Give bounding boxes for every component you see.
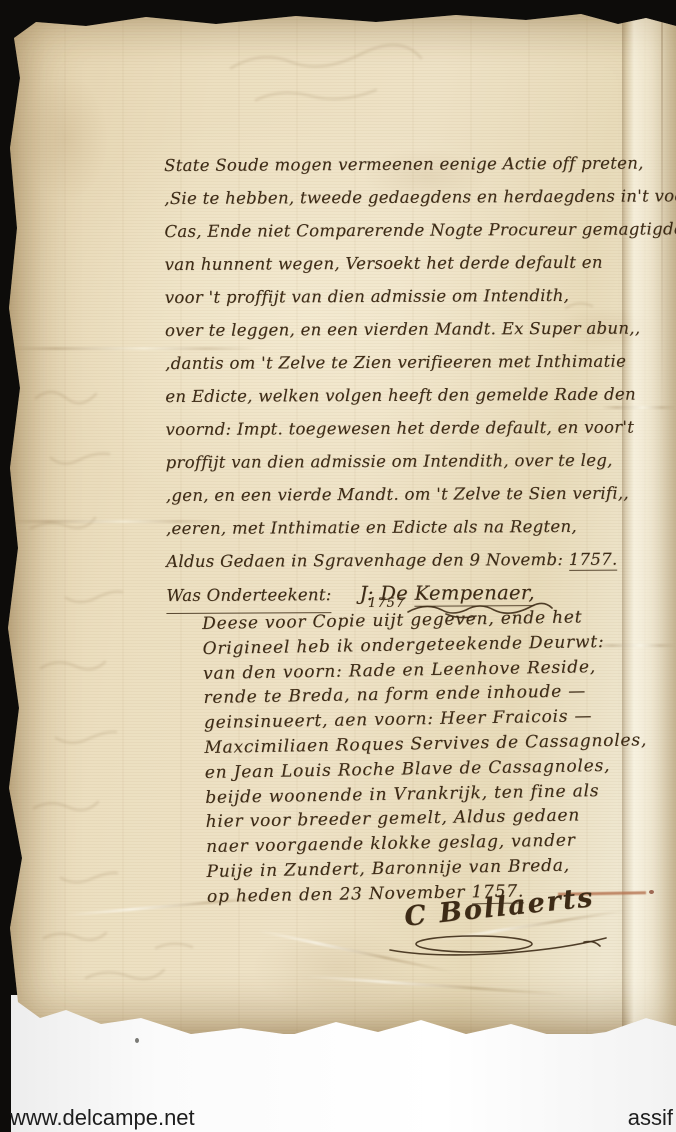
bottom-wrinkle (306, 975, 566, 996)
bottom-wrinkle (258, 929, 454, 974)
ink-speck (135, 1038, 139, 1043)
attestation-label: Was Onderteekent: (166, 578, 331, 614)
dated-line-text: Aldus Gedaen in Sgravenhage den 9 Novemb… (166, 550, 569, 571)
manuscript-line: ,gen, en een vierde Mandt. om 't Zelve t… (166, 476, 666, 512)
manuscript-line: voor 't proffijt van dien admissie om In… (165, 278, 665, 314)
manuscript-page: State Soude mogen vermeenen eenige Actie… (6, 8, 676, 1034)
manuscript-line: over te leggen, en een vierden Mandt. Ex… (165, 311, 665, 347)
watermark-right: assif (628, 1105, 673, 1131)
manuscript-line: ,Sie te hebben, tweede gedaegdens en her… (164, 179, 664, 215)
manuscript-line: ,dantis om 't Zelve te Zien verifieeren … (165, 344, 665, 380)
signature-paraph (384, 928, 614, 962)
clerk-signature-name: Kempenaer, (415, 581, 535, 607)
main-text-block: State Soude mogen vermeenen eenige Actie… (164, 146, 666, 611)
manuscript-line: State Soude mogen vermeenen eenige Actie… (164, 146, 664, 182)
dated-line-year: 1757. (569, 550, 618, 571)
manuscript-line: ,eeren, met Inthimatie en Edicte als na … (166, 509, 666, 545)
manuscript-line: proffijt van dien admissie om Intendith,… (166, 443, 666, 479)
manuscript-line: van hunnent wegen, Versoekt het derde de… (165, 245, 665, 281)
document-scan: State Soude mogen vermeenen eenige Actie… (0, 0, 676, 1132)
manuscript-line: en Edicte, welken volgen heeft den gemel… (165, 377, 665, 413)
manuscript-line: Cas, Ende niet Comparerende Nogte Procur… (164, 212, 664, 248)
manuscript-line: voornd: Impt. toegewesen het derde defau… (165, 410, 665, 446)
watermark-left: www.delcampe.net (10, 1105, 195, 1131)
closing-text-block: Deese voor Copie uijt gegeven, ende het … (202, 604, 657, 909)
dated-line: Aldus Gedaen in Sgravenhage den 9 Novemb… (166, 542, 666, 578)
